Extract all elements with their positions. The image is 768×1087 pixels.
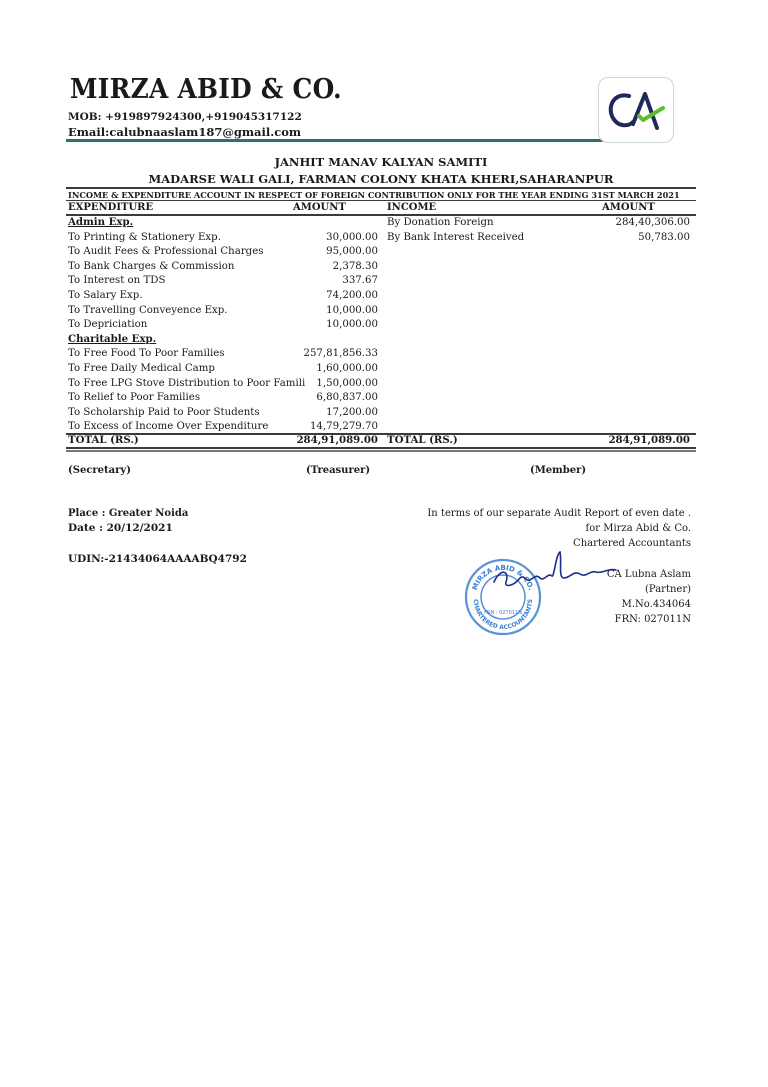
partner-signature-icon [490,548,630,598]
treasurer-signatory: (Treasurer) [306,465,370,476]
expenditure-item-label: To Depriciation [68,318,147,331]
expenditure-item-amount: 257,81,856.33 [303,347,378,360]
expenditure-item-label: To Free Daily Medical Camp [68,362,215,375]
income-item-amount: 50,783.00 [638,231,690,244]
rule [66,214,696,216]
firm-email: Email:calubnaaslam187@gmail.com [68,125,301,139]
expenditure-item-label: To Free LPG Stove Distribution to Poor F… [68,377,305,390]
income-item-label: By Donation Foreign [387,216,494,229]
expenditure-item-amount: 95,000.00 [326,245,378,258]
place: Place : Greater Noida [68,508,188,519]
statement-caption: INCOME & EXPENDITURE ACCOUNT IN RESPECT … [68,190,680,200]
organization-name: JANHIT MANAV KALYAN SAMITI [66,155,696,169]
ca-logo-icon [598,77,674,143]
header-divider [66,139,668,142]
expenditure-item-amount: 2,378.30 [333,260,378,273]
inc-total-label: TOTAL (RS.) [387,434,458,447]
expenditure-item-amount: 14,79,279.70 [310,420,378,433]
expenditure-item-label: To Bank Charges & Commission [68,260,234,273]
expenditure-item-label: To Audit Fees & Professional Charges [68,245,263,258]
audit-note: In terms of our separate Audit Report of… [427,508,691,519]
income-item-amount: 284,40,306.00 [615,216,690,229]
rule [66,200,696,201]
svg-text:FRN : 027011N: FRN : 027011N [484,610,522,616]
section-admin-exp: Admin Exp. [68,216,133,229]
expenditure-item-label: To Interest on TDS [68,274,165,287]
firm-mobile: MOB: +919897924300,+919045317122 [68,111,302,123]
expenditure-item-amount: 10,000.00 [326,304,378,317]
section-charitable-exp: Charitable Exp. [68,333,156,346]
expenditure-item-amount: 74,200.00 [326,289,378,302]
organization-address: MADARSE WALI GALI, FARMAN COLONY KHATA K… [66,172,696,186]
expenditure-item-amount: 1,60,000.00 [316,362,378,375]
expenditure-item-label: To Free Food To Poor Families [68,347,224,360]
rule [66,187,696,189]
rule [66,447,696,449]
expenditure-item-label: To Scholarship Paid to Poor Students [68,406,260,419]
frn-number: FRN: 027011N [615,614,691,625]
expenditure-item-amount: 17,200.00 [326,406,378,419]
header-exp-amount: AMOUNT [293,202,346,213]
partner-role: (Partner) [645,584,691,595]
income-item-label: By Bank Interest Received [387,231,524,244]
exp-total-label: TOTAL (RS.) [68,434,139,447]
expenditure-item-label: To Salary Exp. [68,289,143,302]
firm-name: MIRZA ABID & CO. [70,74,342,105]
date: Date : 20/12/2021 [68,522,173,534]
member-signatory: (Member) [530,465,586,476]
inc-total-amount: 284,91,089.00 [608,434,690,447]
expenditure-item-amount: 10,000.00 [326,318,378,331]
expenditure-item-amount: 1,50,000.00 [316,377,378,390]
rule [66,433,696,435]
udin: UDIN:-21434064AAAABQ4792 [68,553,247,565]
rule [66,450,696,452]
header-expenditure: EXPENDITURE [68,202,153,213]
header-income: INCOME [387,202,436,213]
expenditure-item-amount: 337.67 [342,274,378,287]
exp-total-amount: 284,91,089.00 [296,434,378,447]
membership-number: M.No.434064 [622,599,691,610]
header-inc-amount: AMOUNT [602,202,655,213]
expenditure-item-label: To Printing & Stationery Exp. [68,231,221,244]
expenditure-item-label: To Excess of Income Over Expenditure [68,420,268,433]
expenditure-item-label: To Relief to Poor Families [68,391,200,404]
expenditure-item-amount: 30,000.00 [326,231,378,244]
expenditure-item-label: To Travelling Conveyence Exp. [68,304,228,317]
expenditure-item-amount: 6,80,837.00 [316,391,378,404]
secretary-signatory: (Secretary) [68,465,131,476]
for-firm: for Mirza Abid & Co. [586,523,691,534]
